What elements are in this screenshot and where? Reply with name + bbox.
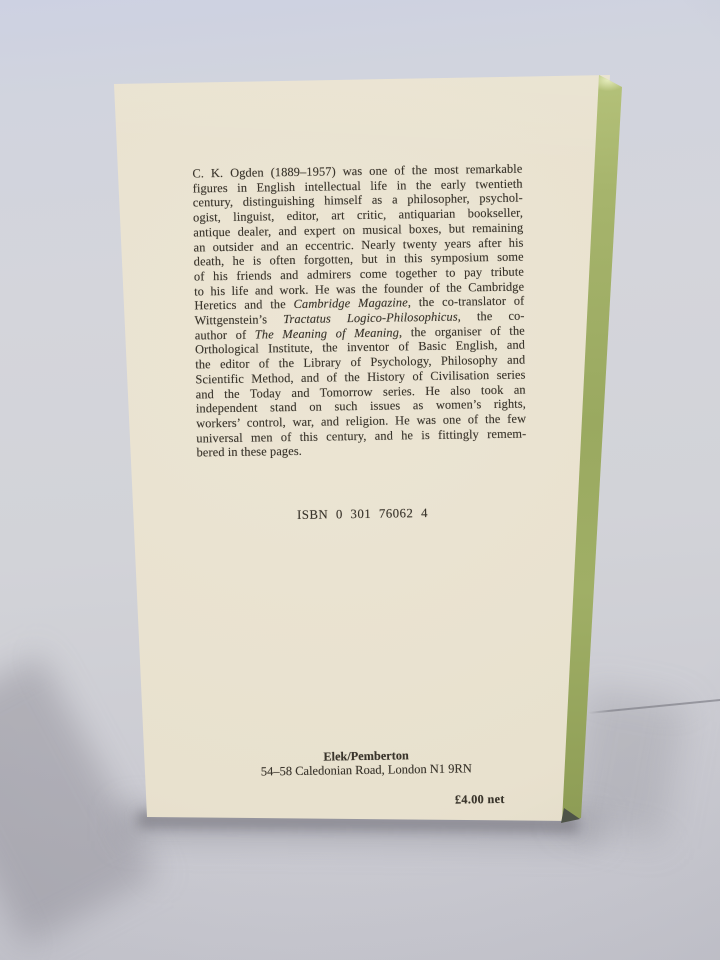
cover-printed-text: C. K. Ogden (1889–1957) was one of the m… [0, 0, 720, 960]
photo-backdrop: C. K. Ogden (1889–1957) was one of the m… [0, 0, 720, 960]
price-label: £4.00 net [400, 792, 505, 809]
blurb-text: C. K. Ogden (1889–1957) was one of the m… [192, 162, 526, 461]
isbn-text: ISBN 0 301 76062 4 [197, 505, 527, 525]
